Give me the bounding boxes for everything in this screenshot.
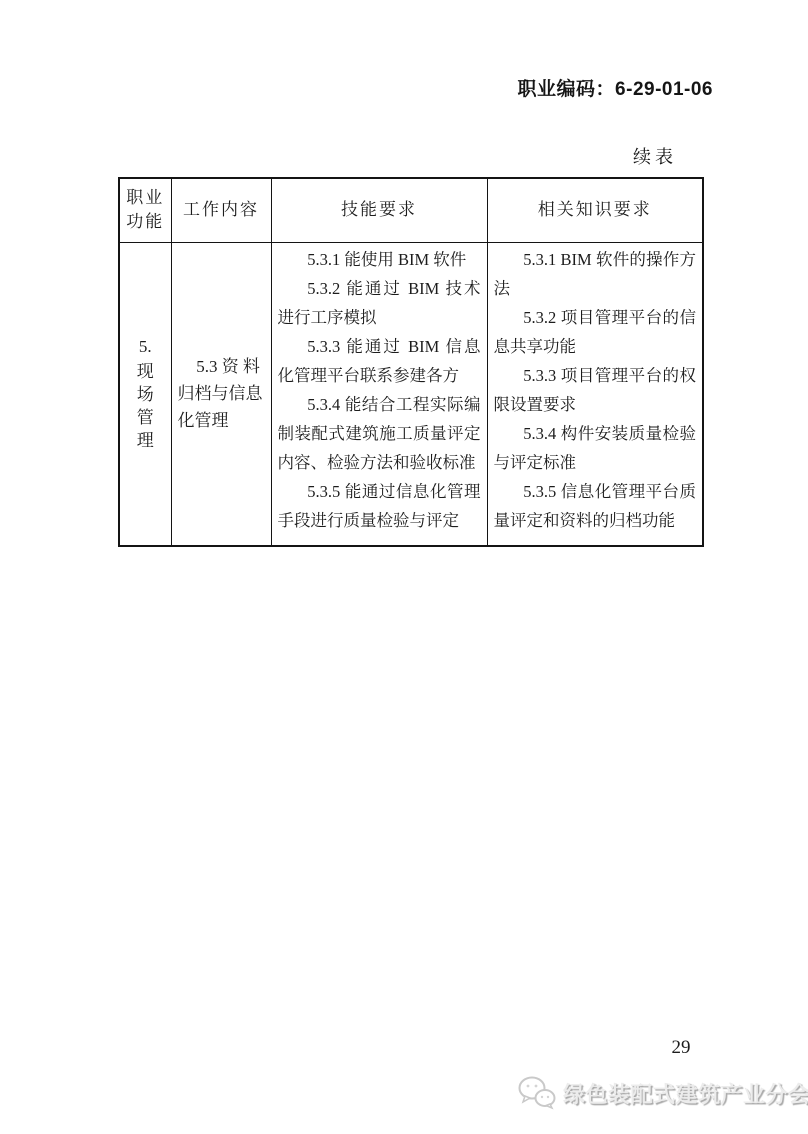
cell-skill-requirements: 5.3.1 能使用 BIM 软件 5.3.2 能通过 BIM 技术进行工序模拟 …	[271, 242, 487, 546]
continued-table-label: 续表	[633, 143, 677, 169]
work-content-line: 归档与信息	[178, 380, 265, 407]
knowledge-item: 5.3.5 信息化管理平台质量评定和资料的归档功能	[494, 477, 697, 535]
skill-item: 5.3.1 能使用 BIM 软件	[278, 245, 481, 274]
document-page: 职业编码：6-29-01-06 续表 职业功能 工作内容 技能要求 相关知识要求…	[0, 0, 808, 1134]
skill-item: 5.3.2 能通过 BIM 技术进行工序模拟	[278, 274, 481, 332]
header-knowledge-requirements: 相关知识要求	[487, 178, 703, 242]
footer-brand-text: 绿色装配式建筑产业分会	[563, 1078, 808, 1109]
knowledge-item: 5.3.3 项目管理平台的权限设置要求	[494, 361, 697, 419]
skill-item: 5.3.4 能结合工程实际编制装配式建筑施工质量评定内容、检验方法和验收标准	[278, 390, 481, 477]
header-occupation-function: 职业功能	[119, 178, 171, 242]
header-skill-requirements: 技能要求	[271, 178, 487, 242]
occupation-code: 职业编码：6-29-01-06	[0, 74, 713, 101]
cell-work-content: 5.3 资 料 归档与信息 化管理	[171, 242, 271, 546]
footer-watermark: 绿色装配式建筑产业分会	[518, 1076, 808, 1110]
knowledge-item: 5.3.2 项目管理平台的信息共享功能	[494, 303, 697, 361]
table-header-row: 职业功能 工作内容 技能要求 相关知识要求	[119, 178, 703, 242]
header-work-content: 工作内容	[171, 178, 271, 242]
work-content-line: 5.3 资 料	[178, 353, 265, 380]
cell-occupation-function: 5. 现 场 管 理	[119, 242, 171, 546]
function-char: 场	[120, 383, 171, 406]
page-number: 29	[664, 1037, 698, 1059]
knowledge-item: 5.3.4 构件安装质量检验与评定标准	[494, 419, 697, 477]
table-row: 5. 现 场 管 理 5.3 资 料 归档与信息 化管理 5.3.1 能使用 B…	[119, 242, 703, 546]
wechat-logo-icon	[518, 1076, 556, 1110]
knowledge-item: 5.3.1 BIM 软件的操作方法	[494, 245, 697, 303]
function-char: 现	[120, 360, 171, 383]
function-number: 5.	[120, 335, 171, 359]
occupational-standard-table: 职业功能 工作内容 技能要求 相关知识要求 5. 现 场 管 理 5.3 资 料…	[118, 177, 704, 547]
skill-item: 5.3.3 能通过 BIM 信息化管理平台联系参建各方	[278, 332, 481, 390]
cell-knowledge-requirements: 5.3.1 BIM 软件的操作方法 5.3.2 项目管理平台的信息共享功能 5.…	[487, 242, 703, 546]
function-char: 管	[120, 406, 171, 429]
function-char: 理	[120, 429, 171, 452]
skill-item: 5.3.5 能通过信息化管理手段进行质量检验与评定	[278, 477, 481, 535]
work-content-line: 化管理	[178, 407, 265, 434]
